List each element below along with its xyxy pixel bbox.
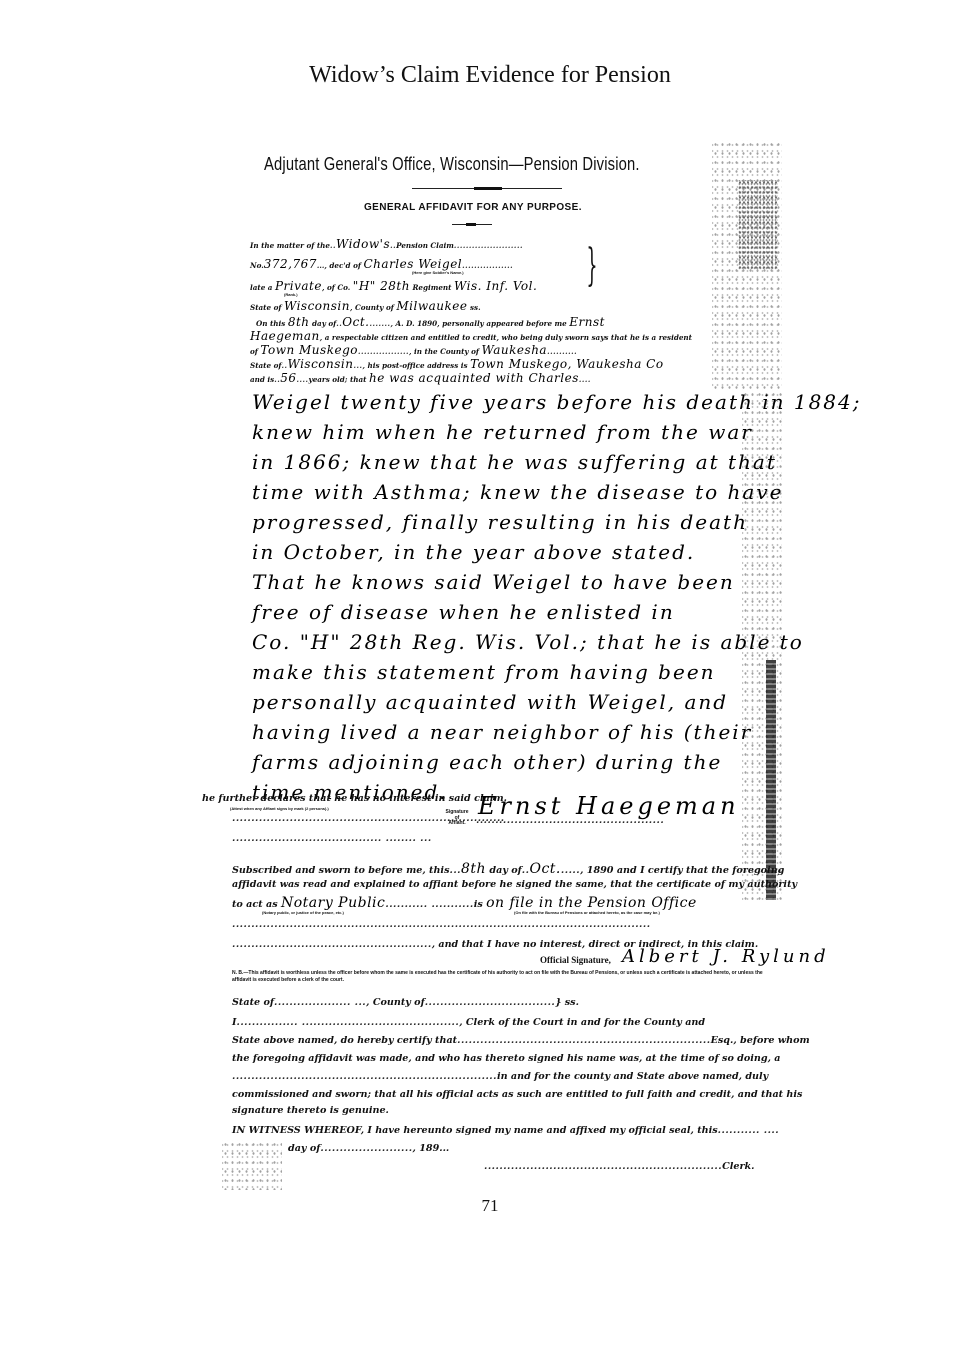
statement-start: he was acquainted with Charles — [369, 371, 579, 385]
matter-value: Widow's — [336, 237, 390, 251]
claim-line: No.372,767..., dec'd of Charles Weigel..… — [250, 258, 513, 270]
page-title: Widow’s Claim Evidence for Pension — [0, 62, 980, 89]
witness-date-line: day of........................, 189... — [288, 1144, 449, 1154]
jurat-month: Oct. — [529, 861, 560, 877]
attest-caption: (Attest when any Affiant signs by mark (… — [230, 806, 329, 811]
soldier-caption: (Here give Soldier's Name.) — [412, 270, 464, 275]
statement-line: That he knows said Weigel to have been — [252, 570, 772, 594]
office-title: Adjutant General's Office, Wisconsin—Pen… — [264, 154, 640, 175]
appearance-line: On this 8th day of..Oct........, A. D. 1… — [256, 316, 605, 328]
statement-line: personally acquainted with Weigel, and — [252, 690, 772, 714]
subtitle-rule — [452, 224, 492, 225]
page-number: 71 — [0, 1196, 980, 1216]
act-as-line: to act as Notary Public........... .....… — [232, 896, 697, 910]
certificate-caption: (On file with the Bureau of Pensions or … — [514, 910, 660, 915]
clerk-venue-line: State of.................... ..., County… — [232, 998, 579, 1008]
service-line: late a Private, of Co. "H" 28th Regiment… — [250, 280, 537, 292]
title-rule — [412, 188, 562, 189]
affiant-first-name: Ernst — [569, 315, 605, 329]
rank-caption: (Rank.) — [284, 292, 298, 297]
venue-state: Wisconsin — [284, 299, 350, 313]
statement-line: in 1866; knew that he was suffering at t… — [252, 450, 772, 474]
affiant-age: 56 — [280, 371, 296, 385]
postoffice-line: State of..Wisconsin..., his post-office … — [250, 358, 664, 370]
statement-line: make this statement from having been — [252, 660, 772, 684]
form-subtitle: GENERAL AFFIDAVIT FOR ANY PURPOSE. — [364, 202, 582, 213]
affidavit-form: Adjutant General's Office, Wisconsin—Pen… — [222, 140, 782, 1192]
blank-line: ........................................… — [232, 920, 651, 930]
soldier-name: Charles Weigel — [364, 257, 463, 271]
jurat-day: 8th — [461, 861, 486, 877]
statement-line: Weigel twenty five years before his deat… — [252, 390, 772, 414]
statement-line: farms adjoining each other) during the — [252, 750, 772, 774]
scan-noise-dark-patch — [738, 180, 778, 270]
statement-line: in October, in the year above stated. — [252, 540, 772, 564]
venue-line: State of Wisconsin, County of Milwaukee … — [250, 300, 481, 312]
regiment: Wis. Inf. Vol. — [454, 279, 537, 293]
affiant-last-name: Haegeman — [250, 329, 320, 343]
matter-line: In the matter of the..Widow's..Pension C… — [250, 238, 523, 250]
statement-line: free of disease when he enlisted in — [252, 600, 772, 624]
statement-line: Co. "H" 28th Reg. Wis. Vol.; that he is … — [252, 630, 772, 654]
commissioned-line: commissioned and sworn; that all his off… — [232, 1090, 802, 1100]
official-signature: Albert J. Rylund — [622, 946, 830, 967]
statement-line: time with Asthma; knew the disease to ha… — [252, 480, 772, 504]
witness-line: IN WITNESS WHEREOF, I have hereunto sign… — [232, 1126, 779, 1136]
residence-county: Waukesha — [481, 343, 547, 357]
officer-title-caption: (Notary public, or justice of the peace,… — [262, 910, 344, 915]
official-signature-label: Official Signature, — [540, 955, 611, 965]
affiant-signature-label: Signature of Affiant. — [444, 810, 470, 827]
postoffice-address: Town Muskego, Waukesha Co — [470, 357, 664, 371]
residence-state: Wisconsin — [287, 357, 353, 371]
no-interest-declaration: he further declares that he has no inter… — [202, 794, 507, 804]
claim-number: 372,767 — [264, 257, 317, 271]
scan-noise-bottom-left — [222, 1140, 282, 1190]
certify-line: State above named, do hereby certify tha… — [232, 1036, 810, 1046]
genuine-line: signature thereto is genuine. — [232, 1106, 389, 1116]
certificate-location: on file in the Pension Office — [486, 895, 697, 911]
statement-line: progressed, finally resulting in his dea… — [252, 510, 772, 534]
company: "H" 28th — [353, 279, 410, 293]
clerk-signature-line: ........................................… — [484, 1162, 755, 1172]
jurat-line: Subscribed and sworn to before me, this.… — [232, 862, 784, 876]
statement-line: having lived a near neighbor of his (the… — [252, 720, 772, 744]
attest-line-2: ....................................... … — [232, 834, 432, 844]
statement-line: knew him when he returned from the war — [252, 420, 772, 444]
residence-line: of Town Muskego................., in the… — [250, 344, 577, 356]
in-and-for-line: ........................................… — [232, 1072, 768, 1082]
age-line: and is..56....years old; that he was acq… — [250, 372, 591, 384]
claim-brace: } — [586, 240, 597, 291]
scan-noise-top-right — [712, 140, 782, 390]
clerk-name-line: I................ ......................… — [232, 1018, 705, 1028]
officer-title: Notary Public — [281, 895, 385, 911]
foregoing-line: the foregoing affidavit was made, and wh… — [232, 1054, 781, 1064]
appearance-month: Oct. — [342, 315, 369, 329]
affidavit-read-line: affidavit was read and explained to affi… — [232, 880, 797, 890]
venue-county: Milwaukee — [396, 299, 467, 313]
rank: Private — [275, 279, 322, 293]
nb-notice: N. B.—This affidavit is worthless unless… — [232, 970, 782, 984]
respectable-line: Haegeman, a respectable citizen and enti… — [250, 330, 692, 342]
appearance-day: 8th — [288, 315, 310, 329]
affiant-signature-line: ........................................… — [476, 816, 664, 826]
residence-town: Town Muskego — [260, 343, 358, 357]
